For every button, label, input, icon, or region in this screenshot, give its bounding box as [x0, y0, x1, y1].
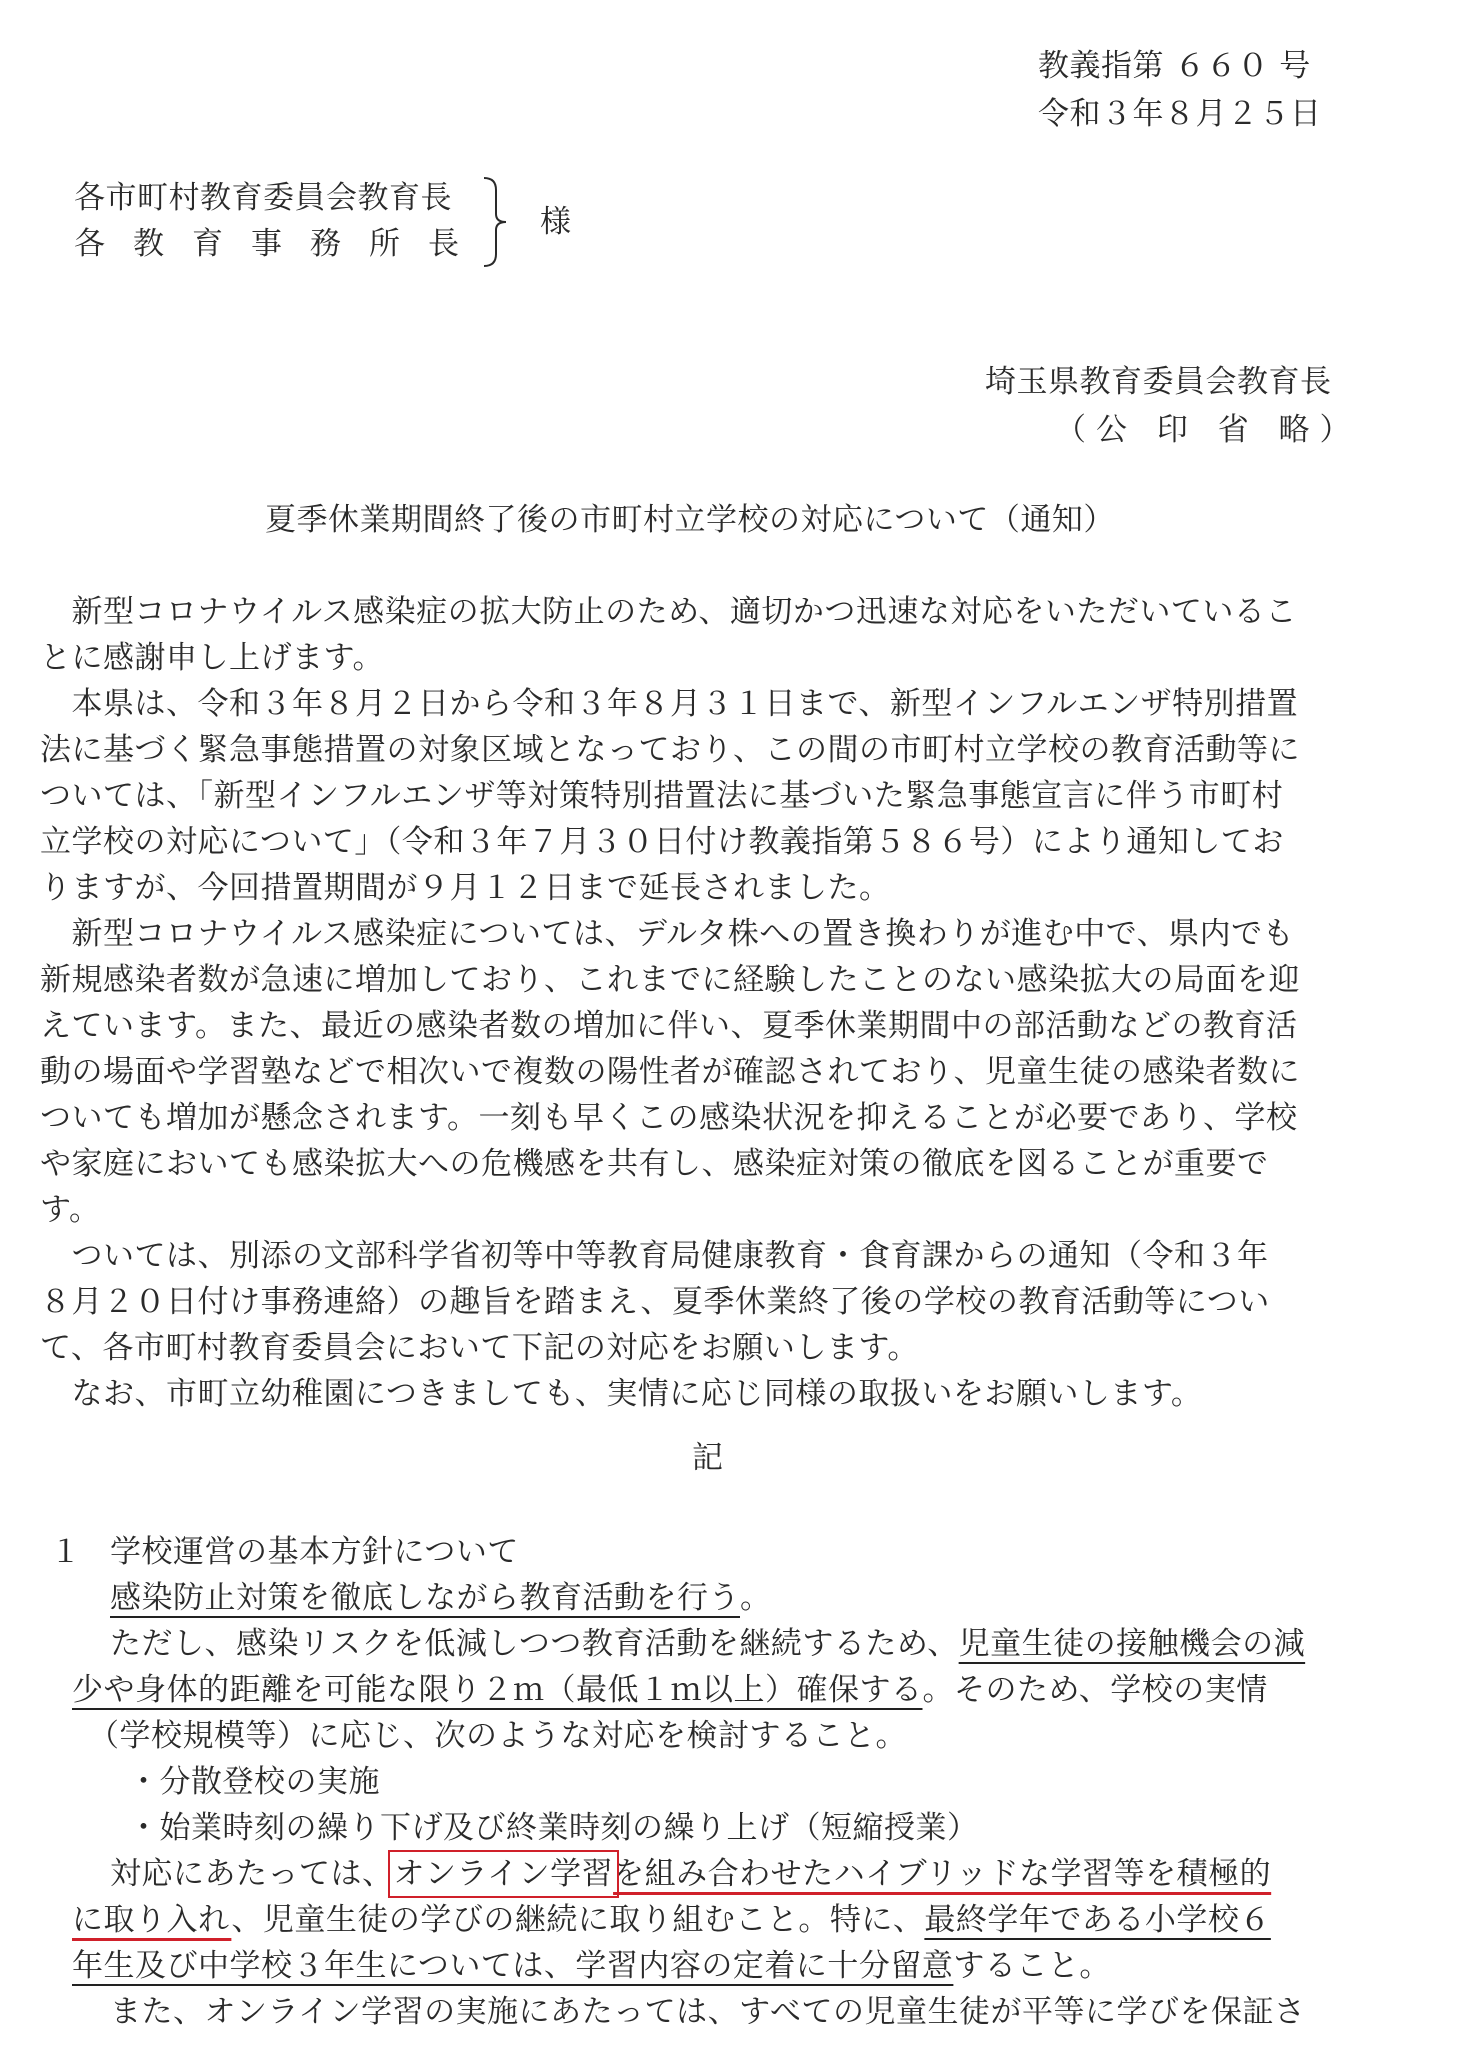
body-line: ついても増加が懸念されます。一刻も早くこの感染状況を抑えることが必要であり、学校 — [40, 1096, 1298, 1140]
section-line: 少や身体的距離を可能な限り２ｍ（最低１ｍ以上）確保する。そのため、学校の実情 — [72, 1668, 1268, 1712]
text-span: 。そのため、学校の実情 — [923, 1672, 1268, 1708]
body-line: 新規感染者数が急速に増加しており、これまでに経験したことのない感染拡大の局面を迎 — [40, 958, 1300, 1002]
body-line: 法に基づく緊急事態措置の対象区域となっており、この間の市町村立学校の教育活動等に — [40, 728, 1300, 772]
body-line: て、各市町村教育委員会において下記の対応をお願いします。 — [40, 1326, 919, 1370]
body-line: 本県は、令和３年８月２日から令和３年８月３１日まで、新型インフルエンザ特別措置 — [40, 682, 1298, 726]
policy-underlined: 感染防止対策を徹底しながら教育活動を行う — [110, 1580, 740, 1616]
policy-line: 感染防止対策を徹底しながら教育活動を行う。 — [110, 1576, 772, 1620]
addressee-line-2: 各教育事務所長 — [74, 222, 487, 266]
text-span: ただし、感染リスクを低減しつつ教育活動を継続するため、 — [110, 1626, 959, 1662]
section-line: 対応にあたっては、オンライン学習を組み合わせたハイブリッドな学習等を積極的 — [110, 1852, 1271, 1896]
body-line: 新型コロナウイルス感染症の拡大防止のため、適切かつ迅速な対応をいただいているこ — [40, 590, 1297, 634]
section-line: 年生及び中学校３年生については、学習内容の定着に十分留意すること。 — [72, 1944, 1111, 1988]
policy-end: 。 — [740, 1580, 772, 1616]
brace-icon — [482, 176, 508, 268]
body-line: ８月２０日付け事務連絡）の趣旨を踏まえ、夏季休業終了後の学校の教育活動等につい — [40, 1280, 1270, 1324]
body-line: ついては、「新型インフルエンザ等対策特別措置法に基づいた緊急事態宣言に伴う市町村 — [40, 774, 1283, 818]
body-line: す。 — [40, 1188, 101, 1232]
body-line: りますが、今回措置期間が９月１２日まで延長されました。 — [40, 866, 891, 910]
body-line: とに感謝申し上げます。 — [40, 636, 384, 680]
section-line: に取り入れ、児童生徒の学びの継続に取り組むこと。特に、最終学年である小学校６ — [72, 1898, 1271, 1942]
honorific: 様 — [540, 200, 572, 244]
body-line: 新型コロナウイルス感染症については、デルタ株への置き換わりが進む中で、県内でも — [40, 912, 1294, 956]
section-line: ただし、感染リスクを低減しつつ教育活動を継続するため、児童生徒の接触機会の減 — [110, 1622, 1305, 1666]
underlined-span: 少や身体的距離を可能な限り２ｍ（最低１ｍ以上）確保する — [72, 1672, 923, 1708]
body-line: なお、市町立幼稚園につきましても、実情に応じ同様の取扱いをお願いします。 — [40, 1372, 1202, 1416]
text-span: 対応にあたっては、 — [110, 1856, 394, 1892]
body-line: 立学校の対応について」（令和３年７月３０日付け教義指第５８６号）により通知してお — [40, 820, 1284, 864]
section-number: １ — [50, 1530, 82, 1574]
section-heading: 学校運営の基本方針について — [110, 1530, 519, 1574]
body-line: ついては、別添の文部科学省初等中等教育局健康教育・食育課からの通知（令和３年 — [40, 1234, 1269, 1278]
red-underlined-span: に取り入れ — [72, 1902, 231, 1938]
addressee-line-1: 各市町村教育委員会教育長 — [74, 176, 452, 220]
bullet-item: ・分散登校の実施 — [128, 1760, 380, 1804]
underlined-span: 児童生徒の接触機会の減 — [959, 1626, 1306, 1662]
body-line: えています。また、最近の感染者数の増加に伴い、夏季休業期間中の部活動などの教育活 — [40, 1004, 1298, 1048]
seal-omitted: （公 印 省 略） — [1055, 408, 1361, 452]
underlined-span: 最終学年である小学校６ — [924, 1902, 1271, 1938]
text-span: 、児童生徒の学びの継続に取り組むこと。特に、 — [231, 1902, 924, 1938]
body-line: 動の場面や学習塾などで相次いで複数の陽性者が確認されており、児童生徒の感染者数に — [40, 1050, 1300, 1094]
section-line: また、オンライン学習の実施にあたっては、すべての児童生徒が平等に学びを保証さ — [110, 1990, 1305, 2034]
boxed-highlight: オンライン学習 — [394, 1856, 614, 1892]
section-line: （学校規模等）に応じ、次のような対応を検討すること。 — [88, 1714, 907, 1758]
document-number: 教義指第 ６６０ 号 — [1038, 44, 1311, 88]
ki-marker: 記 — [692, 1436, 724, 1480]
body-line: や家庭においても感染拡大への危機感を共有し、感染症対策の徹底を図ることが重要で — [40, 1142, 1269, 1186]
document-title: 夏季休業期間終了後の市町村立学校の対応について（通知） — [265, 498, 1115, 542]
document-date: 令和３年８月２５日 — [1038, 92, 1322, 136]
red-underlined-span: を組み合わせたハイブリッドな学習等を積極的 — [613, 1856, 1271, 1892]
sender-name: 埼玉県教育委員会教育長 — [985, 360, 1332, 404]
text-span: すること。 — [953, 1948, 1111, 1984]
underlined-span: 年生及び中学校３年生については、学習内容の定着に十分留意 — [72, 1948, 953, 1984]
bullet-item: ・始業時刻の繰り下げ及び終業時刻の繰り上げ（短縮授業） — [128, 1806, 979, 1850]
